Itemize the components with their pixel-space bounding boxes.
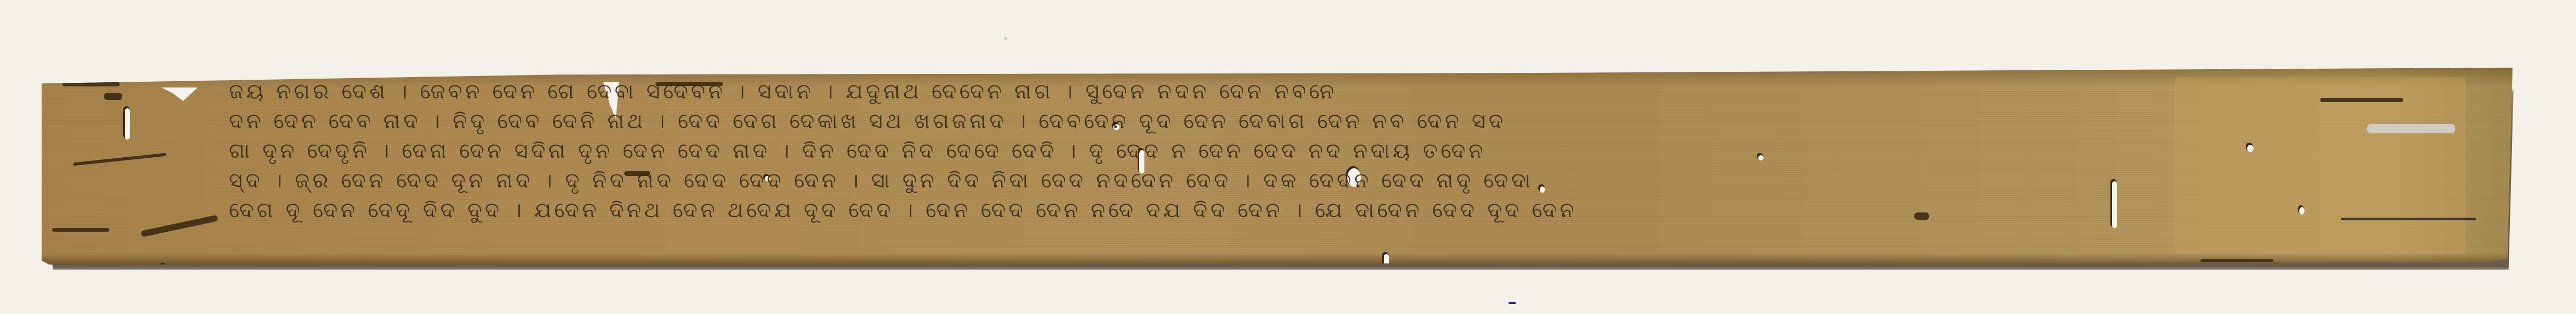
- manuscript-line-2: ଦନ ଦେନ ଦେବ ନାଦ । ନିଦୃ ଦେବ ଦେନି ନାଥ । ଦେଦ…: [229, 107, 2382, 136]
- worm-damage: [73, 153, 166, 166]
- worm-damage: [2200, 259, 2273, 262]
- worm-damage: [140, 215, 218, 237]
- worm-damage: [52, 228, 109, 232]
- leaf-bottom-edge: [42, 253, 2513, 265]
- paper-speck: [1509, 302, 1516, 304]
- worm-damage: [104, 93, 122, 100]
- manuscript-line-3: ଗା ଦୃନ ଦେଦୃନି । ଦେନା ଦେନ ସଦିନା ଦୃନ ଦେନ ଦ…: [229, 136, 2382, 166]
- paper-speck: [1004, 37, 1007, 40]
- manuscript-line-1: ଜୟ ନଗର ଦେଶ । ଜେବନ ଦେନ ଗେ ଦେବା ସଦେବନ । ସଦ…: [229, 77, 2382, 107]
- manuscript-line-5: ଦେଗ ଦୂ ଦେନ ଦେଦୂ ଦିଦ ଦୁଦ । ଯଦେନ ଦିନଥ ଦେନ …: [229, 196, 2382, 225]
- leaf-tear: [161, 87, 198, 101]
- worm-hole: [125, 108, 130, 140]
- worm-damage: [62, 82, 120, 86]
- manuscript-line-4: ସ୍ଦ । ଜ୍ର ଦେନ ଦେଦ ଦୂନ ନାଦ । ଦୃ ନିଦ ନାଦ ଦ…: [229, 166, 2382, 196]
- manuscript-text: ଜୟ ନଗର ଦେଶ । ଜେବନ ଦେନ ଗେ ଦେବା ସଦେବନ । ସଦ…: [229, 77, 2382, 225]
- palm-leaf-manuscript: ଜୟ ନଗର ଦେଶ । ଜେବନ ଦେନ ଗେ ଦେବା ସଦେବନ । ସଦ…: [42, 67, 2513, 265]
